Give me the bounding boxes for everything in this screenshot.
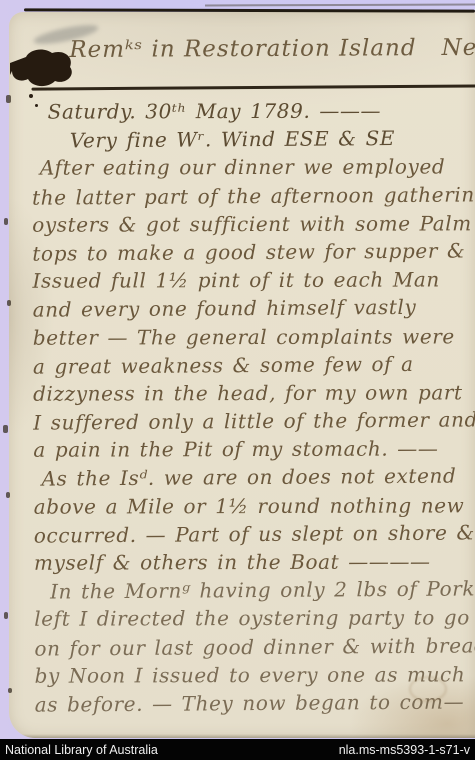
manuscript-line: above a Mile or 1½ round nothing new xyxy=(34,491,475,521)
manuscript-line: better — The general complaints were xyxy=(33,322,475,352)
manuscript-line: After eating our dinner we employed xyxy=(40,153,475,183)
page-header: Remᵏˢ in Restoration Island Ne xyxy=(31,33,475,81)
header-title: Remᵏˢ in Restoration Island xyxy=(69,35,416,63)
library-name-label: National Library of Australia xyxy=(5,743,158,757)
header-title-continued: Ne xyxy=(441,35,475,61)
manuscript-line: In the Mornᵍ having only 2 lbs of Pork xyxy=(50,575,475,606)
edge-speck xyxy=(4,612,8,619)
manuscript-line-date: Saturdy. 30ᵗʰ May 1789. ——— xyxy=(48,96,475,126)
manuscript-line: tops to make a good stew for supper & xyxy=(32,236,475,268)
manuscript-line: and every one found himself vastly xyxy=(33,293,475,325)
manuscript-line: As the Isᵈ. we are on does not extend xyxy=(41,462,475,493)
manuscript-line: occurred. — Part of us slept on shore & xyxy=(34,518,475,550)
edge-speck xyxy=(6,95,11,103)
manuscript-line: dizzyness in the head, for my own part xyxy=(33,378,475,408)
edge-speck xyxy=(8,688,12,693)
manuscript-line: Issued full 1½ pint of it to each Man xyxy=(32,265,475,295)
header-rule xyxy=(31,84,475,90)
scan-viewer: Remᵏˢ in Restoration Island Ne Saturdy. … xyxy=(0,0,475,760)
edge-speck xyxy=(7,300,11,306)
caption-bar: National Library of Australia nla.ms-ms5… xyxy=(0,739,475,760)
manuscript-line: a great weakness & some few of a xyxy=(33,349,475,381)
page-bottom-edge xyxy=(9,734,475,738)
manuscript-line: the latter part of the afternoon gatheri… xyxy=(32,180,475,212)
manuscript-line: I suffered only a little of the former a… xyxy=(33,405,475,437)
edge-speck xyxy=(3,425,8,433)
edge-speck xyxy=(6,492,10,498)
manuscript-page: Remᵏˢ in Restoration Island Ne Saturdy. … xyxy=(9,12,475,738)
manuscript-line: oysters & got sufficient with some Palm xyxy=(32,209,475,239)
manuscript-text: Remᵏˢ in Restoration Island Ne Saturdy. … xyxy=(31,33,475,718)
manuscript-line: on for our last good dinner & with bread xyxy=(34,631,475,663)
paper-stain xyxy=(409,676,447,702)
page-top-edge-faint xyxy=(205,4,475,7)
edge-speck xyxy=(4,218,8,225)
manuscript-line-weather: Very fine Wʳ. Wind ESE & SE xyxy=(70,124,475,155)
manuscript-line: left I directed the oystering party to g… xyxy=(34,604,475,634)
manuscript-line: a pain in the Pit of my stomach. —— xyxy=(33,435,475,465)
manuscript-line: myself & others in the Boat ———— xyxy=(34,547,475,577)
item-identifier-label: nla.ms-ms5393-1-s71-v xyxy=(339,743,470,757)
